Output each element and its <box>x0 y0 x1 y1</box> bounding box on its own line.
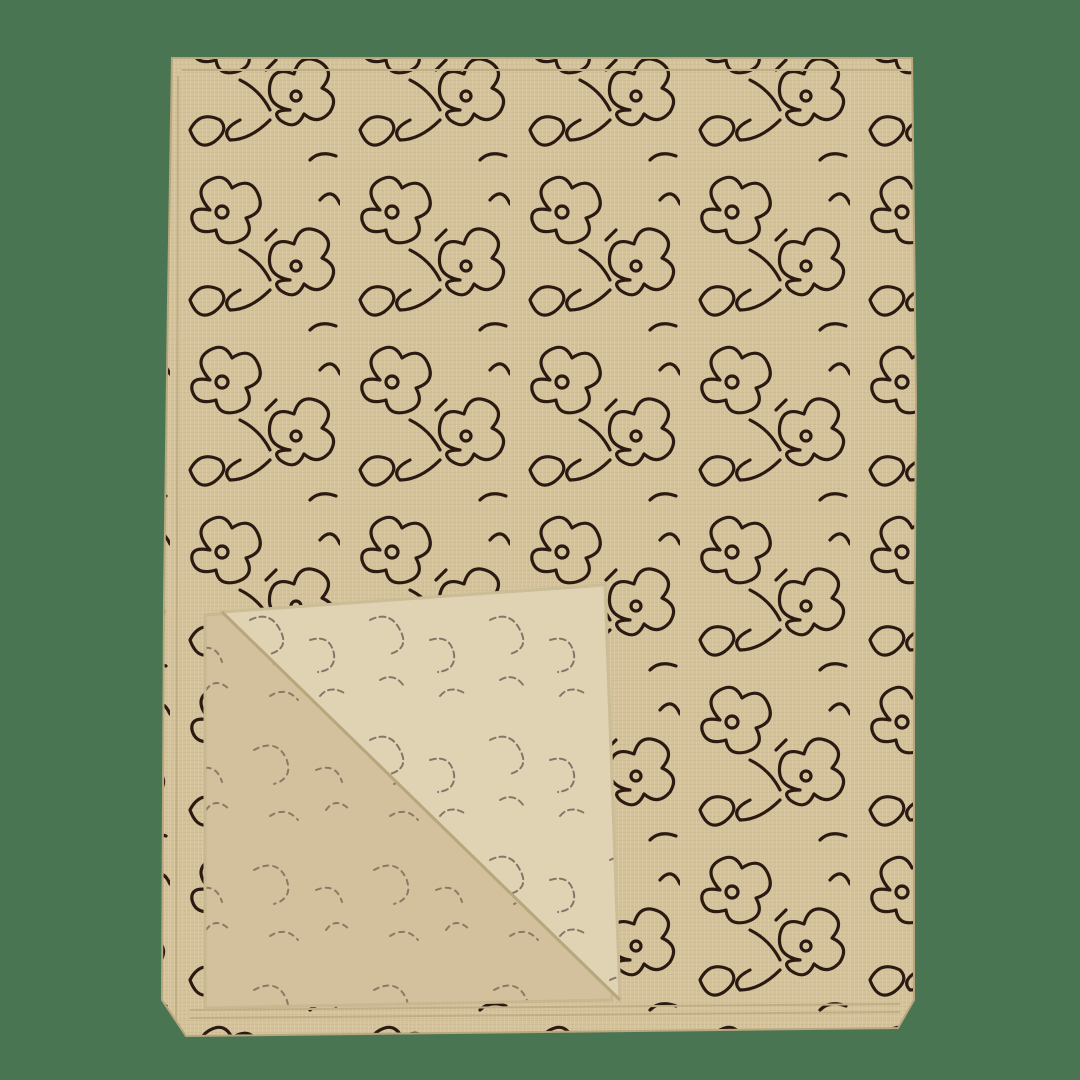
folded-cloth-photo <box>0 0 1080 1080</box>
